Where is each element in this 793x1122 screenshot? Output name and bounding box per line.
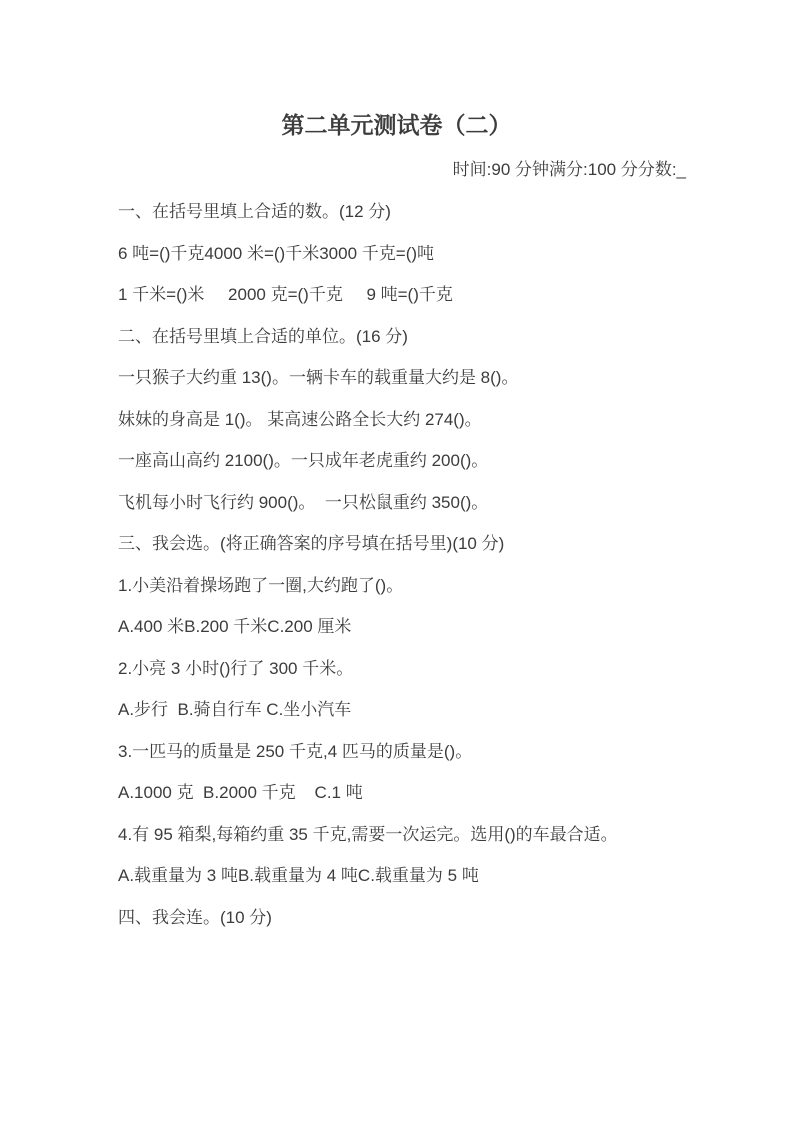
section-1-heading: 一、在括号里填上合适的数。(12 分)	[118, 203, 753, 221]
page-title: 第二单元测试卷（二）	[0, 0, 793, 140]
choice-options-3: A.1000 克 B.2000 千克 C.1 吨	[118, 784, 753, 802]
section-3-heading: 三、我会选。(将正确答案的序号填在括号里)(10 分)	[118, 535, 753, 553]
fill-in-question-line: 6 吨=()千克4000 米=()千米3000 千克=()吨	[118, 245, 753, 263]
section-2-heading: 二、在括号里填上合适的单位。(16 分)	[118, 328, 753, 346]
exam-meta-time-score: 时间:90 分钟满分:100 分分数:_	[0, 160, 793, 180]
choice-options-1: A.400 米B.200 千米C.200 厘米	[118, 618, 753, 636]
unit-question-line: 飞机每小时飞行约 900()。 一只松鼠重约 350()。	[118, 494, 753, 512]
unit-question-line: 妹妹的身高是 1()。 某高速公路全长大约 274()。	[118, 411, 753, 429]
choice-question-3: 3.一匹马的质量是 250 千克,4 匹马的质量是()。	[118, 743, 753, 761]
fill-in-question-line: 1 千米=()米 2000 克=()千克 9 吨=()千克	[118, 286, 753, 304]
unit-question-line: 一座高山高约 2100()。一只成年老虎重约 200()。	[118, 452, 753, 470]
choice-question-4: 4.有 95 箱梨,每箱约重 35 千克,需要一次运完。选用()的车最合适。	[118, 826, 753, 844]
unit-question-line: 一只猴子大约重 13()。一辆卡车的载重量大约是 8()。	[118, 369, 753, 387]
choice-options-4: A.载重量为 3 吨B.载重量为 4 吨C.载重量为 5 吨	[118, 867, 753, 885]
choice-options-2: A.步行 B.骑自行车 C.坐小汽车	[118, 701, 753, 719]
section-4-heading: 四、我会连。(10 分)	[118, 909, 753, 927]
test-paper-page: 第二单元测试卷（二） 时间:90 分钟满分:100 分分数:_ 一、在括号里填上…	[0, 0, 793, 1122]
choice-question-1: 1.小美沿着操场跑了一圈,大约跑了()。	[118, 577, 753, 595]
paper-body: 一、在括号里填上合适的数。(12 分) 6 吨=()千克4000 米=()千米3…	[118, 203, 753, 927]
choice-question-2: 2.小亮 3 小时()行了 300 千米。	[118, 660, 753, 678]
